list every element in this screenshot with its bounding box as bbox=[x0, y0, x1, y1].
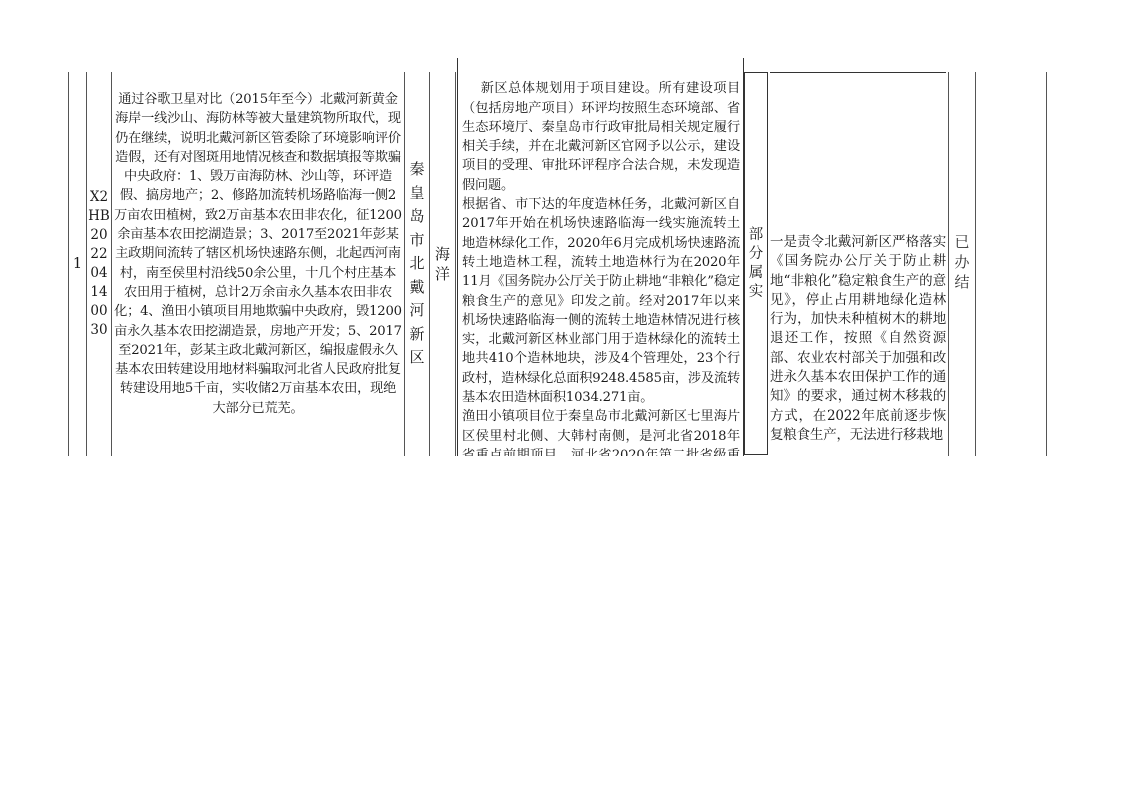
region-char: 秦 bbox=[409, 158, 424, 182]
category-char: 海 bbox=[435, 244, 450, 264]
case-id-part: 14 bbox=[90, 283, 107, 302]
handling-text: 一是责令北戴河新区严格落实《国务院办公厅关于防止耕地“非粮化”稳定粮食生产的意见… bbox=[770, 234, 946, 443]
region-char: 皇 bbox=[409, 182, 424, 206]
region-char: 北 bbox=[409, 252, 424, 276]
case-id-part: X2 bbox=[90, 188, 108, 207]
finding-char: 实 bbox=[749, 283, 764, 302]
case-id-part: 20 bbox=[90, 226, 107, 245]
status-cell: 已 办 结 bbox=[949, 72, 975, 456]
finding-char: 分 bbox=[749, 245, 764, 264]
category-cell: 海 洋 bbox=[430, 72, 455, 456]
row-index-cell: 1 bbox=[69, 72, 86, 456]
region-char: 新 bbox=[409, 323, 424, 347]
category-char: 洋 bbox=[435, 264, 450, 284]
status-char: 办 bbox=[954, 252, 969, 272]
case-id-part: 22 bbox=[90, 245, 107, 264]
status-char: 结 bbox=[954, 272, 969, 292]
grid-line bbox=[455, 72, 456, 456]
handling-cell: 一是责令北戴河新区严格落实《国务院办公厅关于防止耕地“非粮化”稳定粮食生产的意见… bbox=[770, 72, 946, 456]
complaint-text: 通过谷歌卫星对比（2015年至今）北戴河新黄金海岸一线沙山、海防林等被大量建筑物… bbox=[114, 92, 402, 416]
case-id-part: 00 bbox=[90, 302, 107, 321]
investigation-cell: 新区总体规划用于项目建设。所有建设项目（包括房地产项目）环评均按照生态环境部、省… bbox=[457, 58, 744, 456]
finding-char: 属 bbox=[749, 264, 764, 283]
accountability-cell bbox=[976, 72, 1046, 456]
finding-char: 部 bbox=[749, 226, 764, 245]
complaint-cell: 通过谷歌卫星对比（2015年至今）北戴河新黄金海岸一线沙山、海防林等被大量建筑物… bbox=[114, 72, 402, 456]
row-index: 1 bbox=[73, 255, 82, 274]
case-id-part: 30 bbox=[90, 321, 107, 340]
region-char: 岛 bbox=[409, 205, 424, 229]
case-id-part: 04 bbox=[90, 264, 107, 283]
region-char: 市 bbox=[409, 229, 424, 253]
grid-line bbox=[1046, 72, 1047, 456]
case-id-cell: X2 HB 20 22 04 14 00 30 bbox=[87, 72, 111, 456]
region-char: 戴 bbox=[409, 276, 424, 300]
status-char: 已 bbox=[954, 232, 969, 252]
investigation-text: 新区总体规划用于项目建设。所有建设项目（包括房地产项目）环评均按照生态环境部、省… bbox=[462, 81, 740, 456]
grid-line bbox=[111, 72, 112, 456]
region-cell: 秦 皇 岛 市 北 戴 河 新 区 bbox=[405, 72, 429, 456]
finding-cell: 部 分 属 实 bbox=[744, 72, 768, 455]
case-id-part: HB bbox=[88, 207, 110, 226]
region-char: 河 bbox=[409, 299, 424, 323]
region-char: 区 bbox=[409, 346, 424, 370]
